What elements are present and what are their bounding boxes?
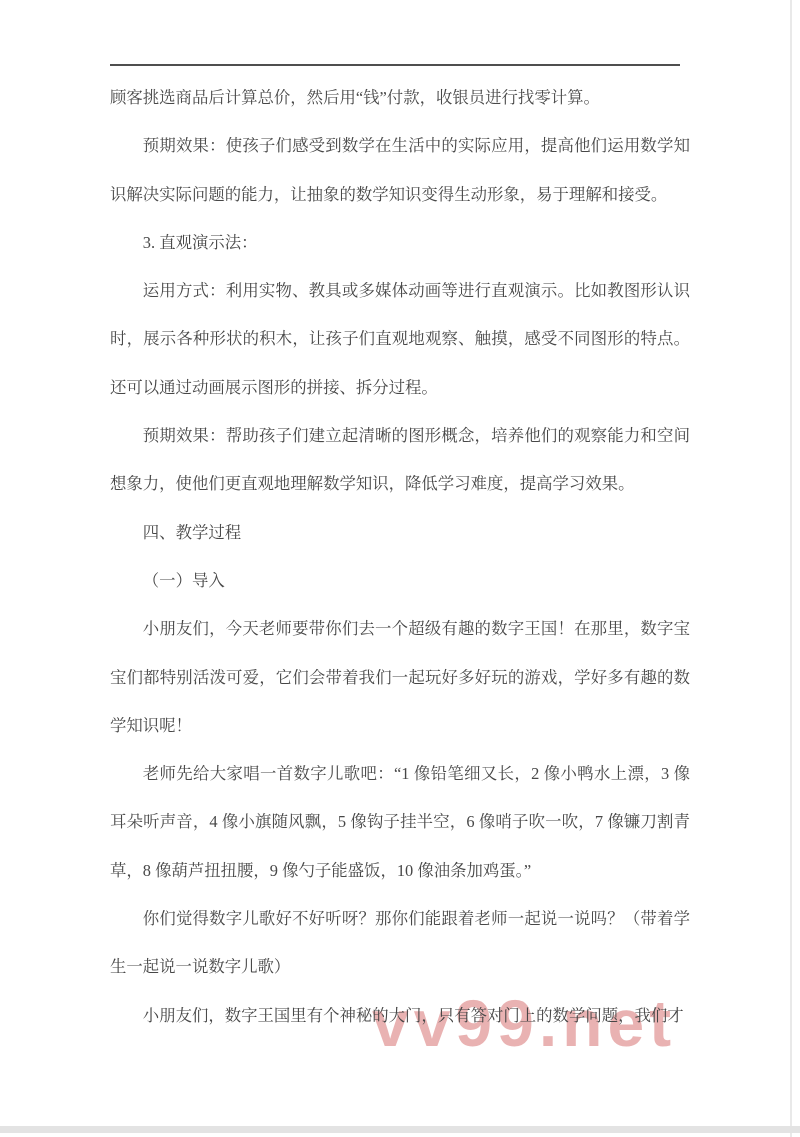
paragraph: 预期效果：使孩子们感受到数学在生活中的实际应用，提高他们运用数学知识解决实际问题… bbox=[110, 122, 690, 219]
paragraph: 运用方式：利用实物、教具或多媒体动画等进行直观演示。比如教图形认识时，展示各种形… bbox=[110, 267, 690, 412]
paragraph: 四、教学过程 bbox=[110, 509, 690, 557]
paragraph: 3. 直观演示法： bbox=[110, 219, 690, 267]
paragraph: 顾客挑选商品后计算总价，然后用“钱”付款，收银员进行找零计算。 bbox=[110, 74, 690, 122]
paragraph: 老师先给大家唱一首数字儿歌吧：“1 像铅笔细又长，2 像小鸭水上漂，3 像耳朵听… bbox=[110, 750, 690, 895]
page-right-border bbox=[790, 0, 792, 1137]
document-body: 顾客挑选商品后计算总价，然后用“钱”付款，收银员进行找零计算。 预期效果：使孩子… bbox=[110, 74, 690, 1040]
page-bottom-edge bbox=[0, 1126, 800, 1133]
paragraph: （一）导入 bbox=[110, 557, 690, 605]
paragraph: 小朋友们，数字王国里有个神秘的大门，只有答对门上的数学问题，我们才 bbox=[110, 992, 690, 1040]
paragraph: 你们觉得数字儿歌好不好听呀？那你们能跟着老师一起说一说吗？（带着学生一起说一说数… bbox=[110, 895, 690, 992]
paragraph: 预期效果：帮助孩子们建立起清晰的图形概念，培养他们的观察能力和空间想象力，使他们… bbox=[110, 412, 690, 509]
paragraph: 小朋友们，今天老师要带你们去一个超级有趣的数字王国！在那里，数字宝宝们都特别活泼… bbox=[110, 605, 690, 750]
top-divider-line bbox=[110, 64, 680, 66]
